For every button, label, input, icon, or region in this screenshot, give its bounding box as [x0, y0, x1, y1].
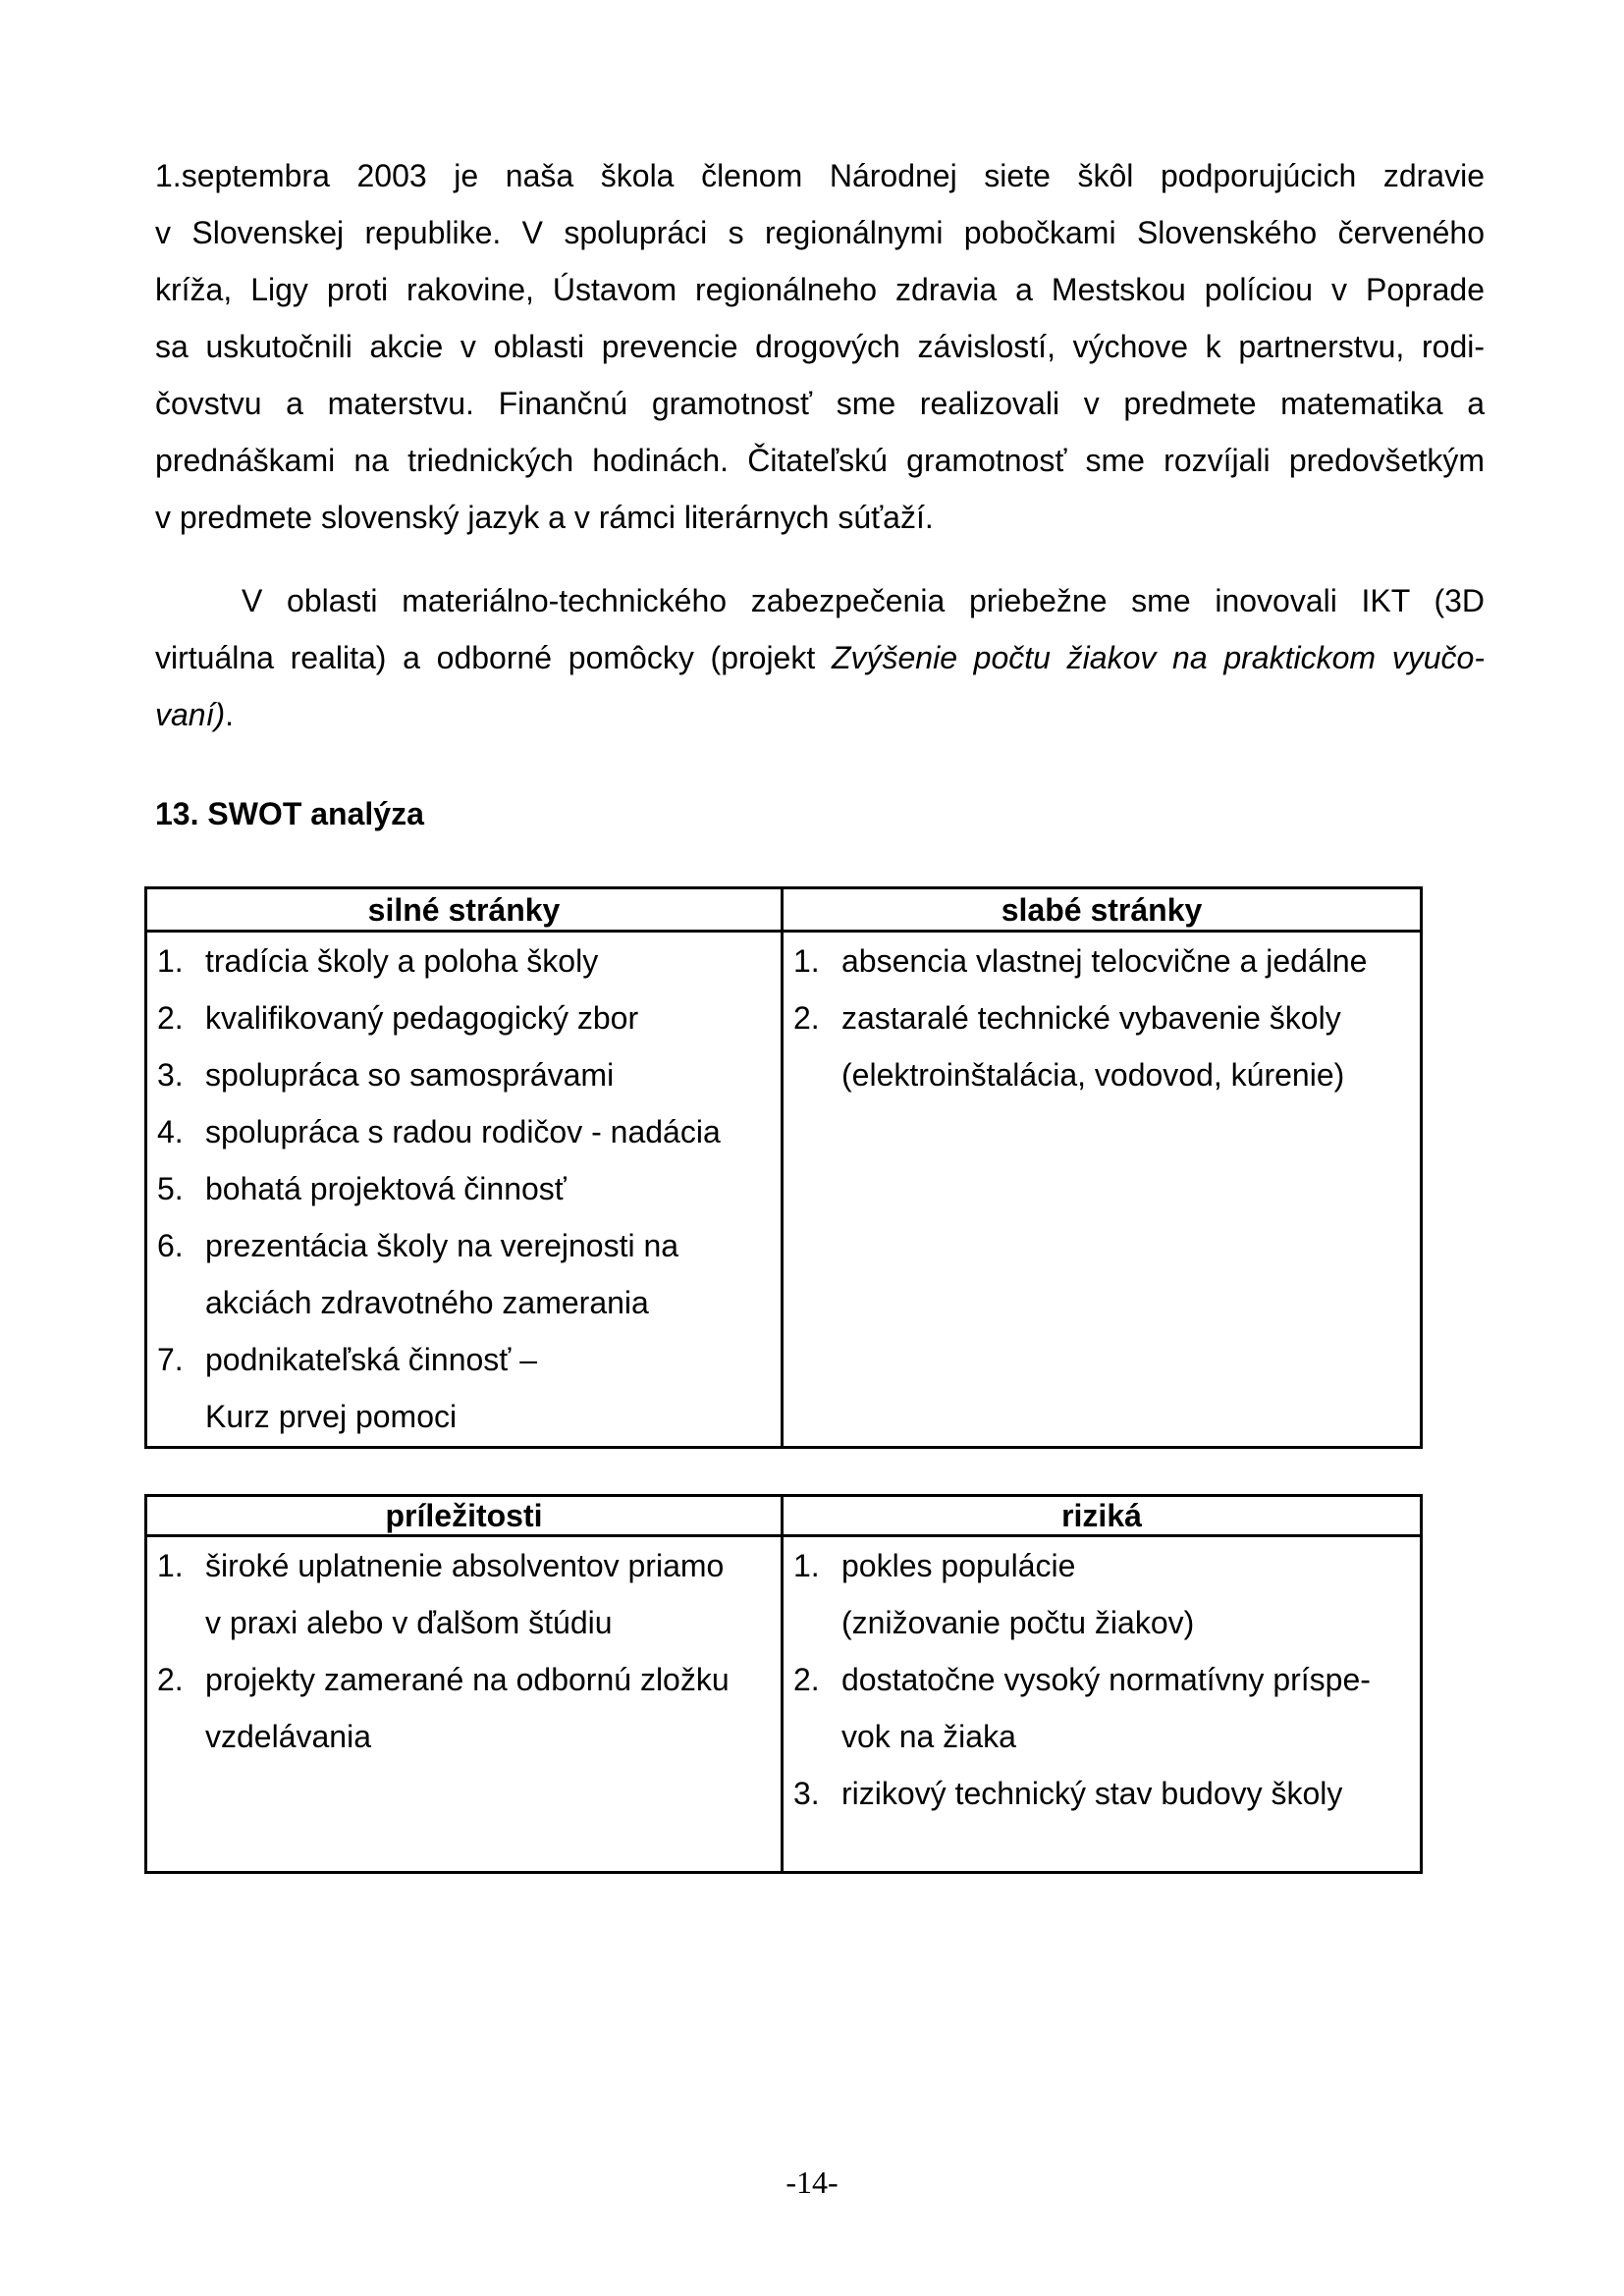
text-line: V oblasti materiálno-technického zabezpe… [155, 572, 1485, 629]
list-item: 5.bohatá projektová činnosť [157, 1160, 781, 1217]
item-text: spolupráca s radou rodičov - nadácia [205, 1103, 781, 1160]
weaknesses-header: slabé stránky [783, 888, 1422, 932]
item-text: (elektroinštalácia, vodovod, kúrenie) [841, 1046, 1420, 1103]
list-item: 2.zastaralé technické vybavenie školy(el… [793, 989, 1420, 1103]
item-number: 5. [157, 1160, 184, 1217]
paragraph-health-network: 1.septembra 2003 je naša škola členom Ná… [155, 147, 1485, 546]
item-number: 1. [157, 933, 184, 989]
item-text: kvalifikovaný pedagogický zbor [205, 989, 781, 1046]
text-line: vaní). [155, 686, 1485, 743]
weaknesses-list: 1.absencia vlastnej telocvične a jedálne… [793, 933, 1420, 1103]
item-text: tradícia školy a poloha školy [205, 933, 781, 989]
list-item: 4.spolupráca s radou rodičov - nadácia [157, 1103, 781, 1160]
text-line: v Slovenskej republike. V spolupráci s r… [155, 204, 1485, 261]
text-plain: virtuálna realita) a odborné pomôcky (pr… [155, 640, 832, 675]
list-item: 2.kvalifikovaný pedagogický zbor [157, 989, 781, 1046]
item-text: akciách zdravotného zamerania [205, 1274, 781, 1331]
item-number: 7. [157, 1331, 184, 1388]
page-number: -14- [0, 2164, 1624, 2201]
item-number: 3. [157, 1046, 184, 1103]
section-heading: 13. SWOT analýza [155, 785, 424, 842]
list-item: 1.široké uplatnenie absolventov priamov … [157, 1537, 781, 1651]
list-item: 3.spolupráca so samosprávami [157, 1046, 781, 1103]
swot-table-external: príležitosti riziká 1.široké uplatnenie … [144, 1494, 1423, 1874]
list-item: 6.prezentácia školy na verejnosti naakci… [157, 1217, 781, 1331]
project-title-italic: vaní) [155, 697, 225, 732]
opportunities-header: príležitosti [146, 1496, 783, 1536]
item-text: široké uplatnenie absolventov priamo [205, 1537, 781, 1594]
item-text: (znižovanie počtu žiakov) [841, 1594, 1420, 1651]
item-text: pokles populácie [841, 1537, 1420, 1594]
item-text: prezentácia školy na verejnosti na [205, 1217, 781, 1274]
item-number: 1. [793, 933, 820, 989]
project-title-italic: Zvýšenie počtu žiakov na praktickom vyuč… [832, 640, 1485, 675]
item-number: 3. [793, 1765, 820, 1822]
weaknesses-cell: 1.absencia vlastnej telocvične a jedálne… [783, 932, 1422, 1448]
strengths-header: silné stránky [146, 888, 783, 932]
list-item: 1.pokles populácie(znižovanie počtu žiak… [793, 1537, 1420, 1651]
item-text: zastaralé technické vybavenie školy [841, 989, 1420, 1046]
list-item: 7.podnikateľská činnosť –Kurz prvej pomo… [157, 1331, 781, 1445]
list-item: 3.rizikový technický stav budovy školy [793, 1765, 1420, 1822]
swot-table-internal: silné stránky slabé stránky 1.tradícia š… [144, 886, 1423, 1449]
text-line: 1.septembra 2003 je naša škola členom Ná… [155, 147, 1485, 204]
item-number: 4. [157, 1103, 184, 1160]
item-text: absencia vlastnej telocvične a jedálne [841, 933, 1420, 989]
text-line: kríža, Ligy proti rakovine, Ústavom regi… [155, 261, 1485, 318]
text-line: v predmete slovenský jazyk a v rámci lit… [155, 489, 1485, 546]
opportunities-list: 1.široké uplatnenie absolventov priamov … [157, 1537, 781, 1765]
item-number: 6. [157, 1217, 184, 1274]
opportunities-cell: 1.široké uplatnenie absolventov priamov … [146, 1536, 783, 1873]
threats-list: 1.pokles populácie(znižovanie počtu žiak… [793, 1537, 1420, 1822]
item-text: vok na žiaka [841, 1708, 1420, 1765]
strengths-list: 1.tradícia školy a poloha školy2.kvalifi… [157, 933, 781, 1445]
threats-header: riziká [783, 1496, 1422, 1536]
item-number: 1. [793, 1537, 820, 1594]
text-plain: . [225, 697, 234, 732]
item-number: 1. [157, 1537, 184, 1594]
item-number: 2. [157, 1651, 184, 1708]
list-item: 1.absencia vlastnej telocvične a jedálne [793, 933, 1420, 989]
item-text: Kurz prvej pomoci [205, 1388, 781, 1445]
item-text: podnikateľská činnosť – [205, 1331, 781, 1388]
text-line: prednáškami na triednických hodinách. Či… [155, 432, 1485, 489]
item-text: vzdelávania [205, 1708, 781, 1765]
item-text: v praxi alebo v ďalšom štúdiu [205, 1594, 781, 1651]
item-number: 2. [793, 989, 820, 1046]
item-text: rizikový technický stav budovy školy [841, 1765, 1420, 1822]
text-line: virtuálna realita) a odborné pomôcky (pr… [155, 629, 1485, 686]
item-text: spolupráca so samosprávami [205, 1046, 781, 1103]
item-text: dostatočne vysoký normatívny príspe- [841, 1651, 1420, 1708]
threats-cell: 1.pokles populácie(znižovanie počtu žiak… [783, 1536, 1422, 1873]
list-item: 2.dostatočne vysoký normatívny príspe-vo… [793, 1651, 1420, 1765]
text-line: sa uskutočnili akcie v oblasti prevencie… [155, 318, 1485, 375]
text-line: čovstvu a materstvu. Finančnú gramotnosť… [155, 375, 1485, 432]
item-number: 2. [157, 989, 184, 1046]
item-text: bohatá projektová činnosť [205, 1160, 781, 1217]
item-number: 2. [793, 1651, 820, 1708]
list-item: 2.projekty zamerané na odbornú zložkuvzd… [157, 1651, 781, 1765]
strengths-cell: 1.tradícia školy a poloha školy2.kvalifi… [146, 932, 783, 1448]
list-item: 1.tradícia školy a poloha školy [157, 933, 781, 989]
paragraph-material-technical: V oblasti materiálno-technického zabezpe… [155, 572, 1485, 743]
item-text: projekty zamerané na odbornú zložku [205, 1651, 781, 1708]
